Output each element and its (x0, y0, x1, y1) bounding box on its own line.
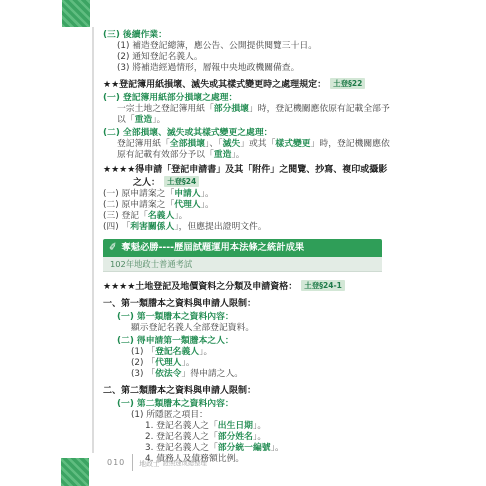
text-segment: (四) 「 (103, 222, 130, 232)
text-line: (2) 「代理人」。 (103, 358, 391, 369)
exam-name: 102年地政士普通考試 (110, 259, 192, 269)
text-segment: 」。 (174, 211, 187, 221)
text-segment: (一) 登記簿用紙部分損壞之處理： (103, 93, 237, 103)
footer-divider (132, 454, 133, 471)
text-segment: (二) 全部損壞、滅失或其樣式變更之處理： (103, 128, 272, 138)
text-segment: (一) 第二類謄本之資料內容： (117, 399, 234, 409)
text-segment: (2) 通知登記名義人。 (117, 52, 203, 62)
exam-stats-banner: ✐奪魁必勝----歷屆試題運用本法條之統計成果 (103, 239, 382, 257)
heading-line: ★★★★土地登記及地價資料之分類及申請資格：土登§24-1 (103, 280, 391, 293)
text-line: (二) 原申請案之「代理人」。 (103, 200, 391, 211)
text-segment: 」。 (253, 432, 266, 442)
emphasis-text: 出生日期 (218, 421, 253, 431)
emphasis-text: 重造 (214, 150, 232, 160)
text-segment: 」。 (181, 358, 194, 368)
text-line: (一) 原申請案之「申請人」。 (103, 189, 391, 200)
heading-line: (三) 後續作業： (103, 30, 391, 41)
text-segment: 」。 (201, 189, 214, 199)
text-line: 顯示登記名義人全部登記資料。 (103, 323, 391, 334)
heading-line: (一) 第一類謄本之資料內容： (103, 312, 391, 323)
content-section-bottom: ★★★★土地登記及地價資料之分類及申請資格：土登§24-1一、第一類謄本之資料與… (103, 280, 391, 465)
content-section-top: (三) 後續作業：(1) 補造登記總簿，應公告、公開提供閱覽三十日。(2) 通知… (103, 30, 391, 233)
text-segment: (三) 後續作業： (103, 30, 167, 40)
text-segment: 2. 登記名義人之「 (145, 432, 218, 442)
heading-line: (一) 登記簿用紙部分損壞之處理： (103, 93, 391, 104)
text-line: 一宗土地之登記簿用紙「部分損壞」時，登記機關應依原有記載全部予以「重造」。 (103, 104, 391, 126)
heading-line: ★★★★得申請「登記申請書」及其「附件」之閱覽、抄寫、複印或攝影之人：土登§24 (103, 165, 391, 189)
emphasis-text: 代理人 (174, 200, 200, 210)
text-segment: (三) 登記「 (103, 211, 148, 221)
heading-line: (一) 第二類謄本之資料內容： (103, 399, 391, 410)
text-segment: 」或其「 (240, 139, 275, 149)
exam-name-bar: 102年地政士普通考試 (103, 257, 382, 272)
text-segment: 」、「 (205, 139, 223, 149)
text-line: (3) 「依法令」得申請之人。 (103, 369, 391, 380)
text-line: (1) 「登記名義人」。 (103, 347, 391, 358)
text-line: 1. 登記名義人之「出生日期」。 (103, 421, 391, 432)
text-line: 登記簿用紙「全部損壞」、「滅失」或其「樣式變更」時，登記機關應依原有記載有效部分… (103, 139, 391, 161)
emphasis-text: 名義人 (148, 211, 174, 221)
text-line: 3. 登記名義人之「部分統一編號」。 (103, 443, 391, 454)
text-segment: ★★★★得申請「登記申請書」及其「附件」之閱覽、抄寫、複印或攝影之人： (103, 165, 387, 188)
text-segment: ★★登記簿用紙損壞、滅失或其樣式變更時之處理規定： (103, 80, 326, 90)
page-footer: 010 地政士 證照速成總整理 (107, 454, 207, 471)
text-segment: 」。 (271, 443, 284, 453)
text-segment: 一宗土地之登記簿用紙「 (117, 104, 214, 114)
emphasis-text: 申請人 (174, 189, 200, 199)
emphasis-text: 樣式變更 (275, 139, 310, 149)
page-content: (三) 後續作業：(1) 補造登記總簿，應公告、公開提供閱覽三十日。(2) 通知… (103, 28, 391, 465)
text-line: (3) 將補造經過情形，層報中央地政機關備查。 (103, 63, 391, 74)
margin-rule-line (92, 27, 94, 453)
law-ref-badge: 土登§24 (164, 176, 199, 187)
text-line: (1) 補造登記總簿，應公告、公開提供閱覽三十日。 (103, 41, 391, 52)
heading-line: (二) 全部損壞、滅失或其樣式變更之處理： (103, 128, 391, 139)
text-line: (四) 「利害關係人」，但應提出證明文件。 (103, 222, 391, 233)
emphasis-text: 部分姓名 (218, 432, 253, 442)
text-segment: (1) 所隱匿之項目： (131, 410, 208, 420)
emphasis-text: 全部損壞 (170, 139, 205, 149)
emphasis-text: 部分統一編號 (218, 443, 271, 453)
heading-line: (二) 得申請第一類謄本之人： (103, 336, 391, 347)
corner-stripe-decoration-bottom (61, 458, 89, 486)
text-segment: (3) 將補造經過情形，層報中央地政機關備查。 (117, 63, 299, 73)
book-page: (三) 後續作業：(1) 補造登記總簿，應公告、公開提供閱覽三十日。(2) 通知… (0, 0, 486, 486)
pencil-icon: ✐ (108, 238, 119, 257)
emphasis-text: 部分損壞 (214, 104, 249, 114)
text-line: 2. 登記名義人之「部分姓名」。 (103, 432, 391, 443)
text-segment: (二) 原申請案之「 (103, 200, 174, 210)
book-category: 地政士 (139, 458, 159, 468)
text-segment: ★★★★土地登記及地價資料之分類及申請資格： (103, 282, 297, 292)
emphasis-text: 利害關係人 (130, 222, 174, 232)
text-segment: 」。 (199, 347, 212, 357)
text-segment: 1. 登記名義人之「 (145, 421, 218, 431)
text-segment: (一) 第一類謄本之資料內容： (117, 312, 234, 322)
heading-line: 一、第一類謄本之資料與申請人限制： (103, 299, 391, 310)
heading-line: 二、第二類謄本之資料與申請人限制： (103, 386, 391, 397)
text-segment: 」。 (253, 421, 266, 431)
text-line: (2) 通知登記名義人。 (103, 52, 391, 63)
text-segment: 」。 (231, 150, 244, 160)
text-segment: 一、第一類謄本之資料與申請人限制： (103, 299, 256, 309)
law-ref-badge: 土登§24-1 (301, 280, 345, 291)
emphasis-text: 登記名義人 (155, 347, 199, 357)
emphasis-text: 滅失 (223, 139, 241, 149)
text-segment: 顯示登記名義人全部登記資料。 (131, 323, 254, 333)
text-segment: 」得申請之人。 (181, 369, 243, 379)
text-segment: 登記簿用紙「 (117, 139, 170, 149)
text-segment: 」，但應提出證明文件。 (174, 222, 266, 232)
text-segment: (3) 「 (131, 369, 155, 379)
text-segment: 」。 (201, 200, 214, 210)
text-segment: (一) 原申請案之「 (103, 189, 174, 199)
text-segment: 」。 (152, 115, 165, 125)
heading-line: ★★登記簿用紙損壞、滅失或其樣式變更時之處理規定：土登§22 (103, 78, 391, 91)
text-segment: (1) 補造登記總簿，應公告、公開提供閱覽三十日。 (117, 41, 317, 51)
text-segment: (1) 「 (131, 347, 155, 357)
page-number: 010 (107, 458, 125, 467)
text-segment: 二、第二類謄本之資料與申請人限制： (103, 386, 256, 396)
emphasis-text: 依法令 (155, 369, 181, 379)
text-line: (1) 所隱匿之項目： (103, 410, 391, 421)
law-ref-badge: 土登§22 (330, 78, 365, 89)
text-segment: (二) 得申請第一類謄本之人： (117, 336, 234, 346)
emphasis-text: 代理人 (155, 358, 181, 368)
emphasis-text: 重造 (135, 115, 153, 125)
text-segment: 3. 登記名義人之「 (145, 443, 218, 453)
text-segment: (2) 「 (131, 358, 155, 368)
corner-stripe-decoration-top (62, 0, 90, 27)
banner-title: 奪魁必勝----歷屆試題運用本法條之統計成果 (121, 242, 304, 253)
text-line: (三) 登記「名義人」。 (103, 211, 391, 222)
book-title: 證照速成總整理 (163, 458, 207, 467)
